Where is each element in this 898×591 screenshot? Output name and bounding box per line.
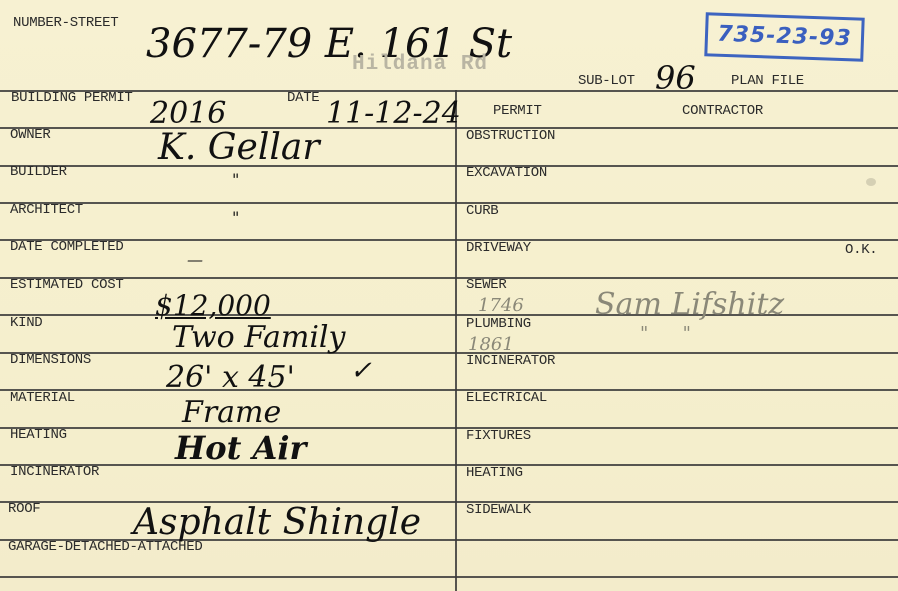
garage-label: GARAGE-DETACHED-ATTACHED bbox=[8, 540, 202, 554]
number-street-label: NUMBER-STREET bbox=[13, 16, 118, 30]
permit-row-obstruction: OBSTRUCTION bbox=[466, 129, 555, 143]
permit-row-sidewalk: SIDEWALK bbox=[466, 503, 531, 517]
permit-row-excavation: EXCAVATION bbox=[466, 166, 547, 180]
rule bbox=[0, 352, 898, 354]
dimensions-label: DIMENSIONS bbox=[10, 353, 91, 367]
parcel-number-stamp: 735-23-93 bbox=[704, 12, 864, 62]
dimensions-value: 26' x 45' bbox=[166, 363, 295, 393]
kind-value: Two Family bbox=[172, 323, 345, 353]
heating-value: Hot Air bbox=[175, 432, 306, 464]
building-permit-label: BUILDING PERMIT bbox=[11, 91, 133, 105]
permit-column-header: PERMIT bbox=[493, 104, 542, 118]
date-label: DATE bbox=[287, 91, 319, 105]
rule bbox=[0, 576, 898, 578]
owner-label: OWNER bbox=[10, 128, 51, 142]
sewer-permit-number: 1746 bbox=[478, 297, 524, 315]
plan-file-label: PLAN FILE bbox=[731, 74, 804, 88]
driveway-note: O.K. bbox=[845, 243, 877, 257]
estimated-cost-value: $12,000 bbox=[155, 292, 271, 320]
permit-row-plumbing: PLUMBING bbox=[466, 317, 531, 331]
builder-label: BUILDER bbox=[10, 165, 67, 179]
rule bbox=[0, 239, 898, 241]
plumbing-permit-number: 1861 bbox=[468, 336, 514, 354]
rule bbox=[0, 464, 898, 466]
building-permit-value: 2016 bbox=[150, 99, 226, 129]
checkmark-annotation: ✓ bbox=[350, 358, 372, 384]
permit-row-curb: CURB bbox=[466, 204, 498, 218]
rule bbox=[0, 427, 898, 429]
permit-row-sewer: SEWER bbox=[466, 278, 507, 292]
sub-lot-value: 96 bbox=[655, 62, 696, 94]
plumbing-contractor: " " bbox=[640, 325, 691, 343]
permit-row-fixtures: FIXTURES bbox=[466, 429, 531, 443]
kind-label: KIND bbox=[10, 316, 42, 330]
sewer-contractor: Sam Lifshitz bbox=[595, 290, 784, 320]
material-label: MATERIAL bbox=[10, 391, 75, 405]
permit-row-driveway: DRIVEWAY bbox=[466, 241, 531, 255]
date-value: 11-12-24 bbox=[326, 99, 461, 129]
owner-value: K. Gellar bbox=[158, 130, 320, 166]
builder-value: " bbox=[232, 172, 239, 188]
rule bbox=[0, 165, 898, 167]
date-completed-value: — bbox=[187, 252, 203, 268]
permit-row-incinerator: INCINERATOR bbox=[466, 354, 555, 368]
roof-label: ROOF bbox=[8, 502, 40, 516]
rule bbox=[0, 277, 898, 279]
estimated-cost-label: ESTIMATED COST bbox=[10, 278, 123, 292]
rule-header bbox=[0, 90, 898, 92]
material-value: Frame bbox=[182, 398, 281, 428]
heating-label: HEATING bbox=[10, 428, 67, 442]
contractor-column-header: CONTRACTOR bbox=[682, 104, 763, 118]
permit-row-heating: HEATING bbox=[466, 466, 523, 480]
rule bbox=[0, 389, 898, 391]
rule bbox=[0, 202, 898, 204]
architect-value: " bbox=[232, 210, 239, 226]
permit-row-electrical: ELECTRICAL bbox=[466, 391, 547, 405]
stamped-street-name: Hildana Rd bbox=[352, 53, 488, 76]
sub-lot-label: SUB-LOT bbox=[578, 74, 635, 88]
date-completed-label: DATE COMPLETED bbox=[10, 240, 123, 254]
smudge-mark bbox=[866, 178, 876, 186]
incinerator-label: INCINERATOR bbox=[10, 465, 99, 479]
roof-value: Asphalt Shingle bbox=[133, 505, 421, 541]
architect-label: ARCHITECT bbox=[10, 203, 83, 217]
permit-card: NUMBER-STREET 3677-79 E. 161 St Hildana … bbox=[0, 0, 898, 591]
column-divider bbox=[455, 90, 457, 591]
